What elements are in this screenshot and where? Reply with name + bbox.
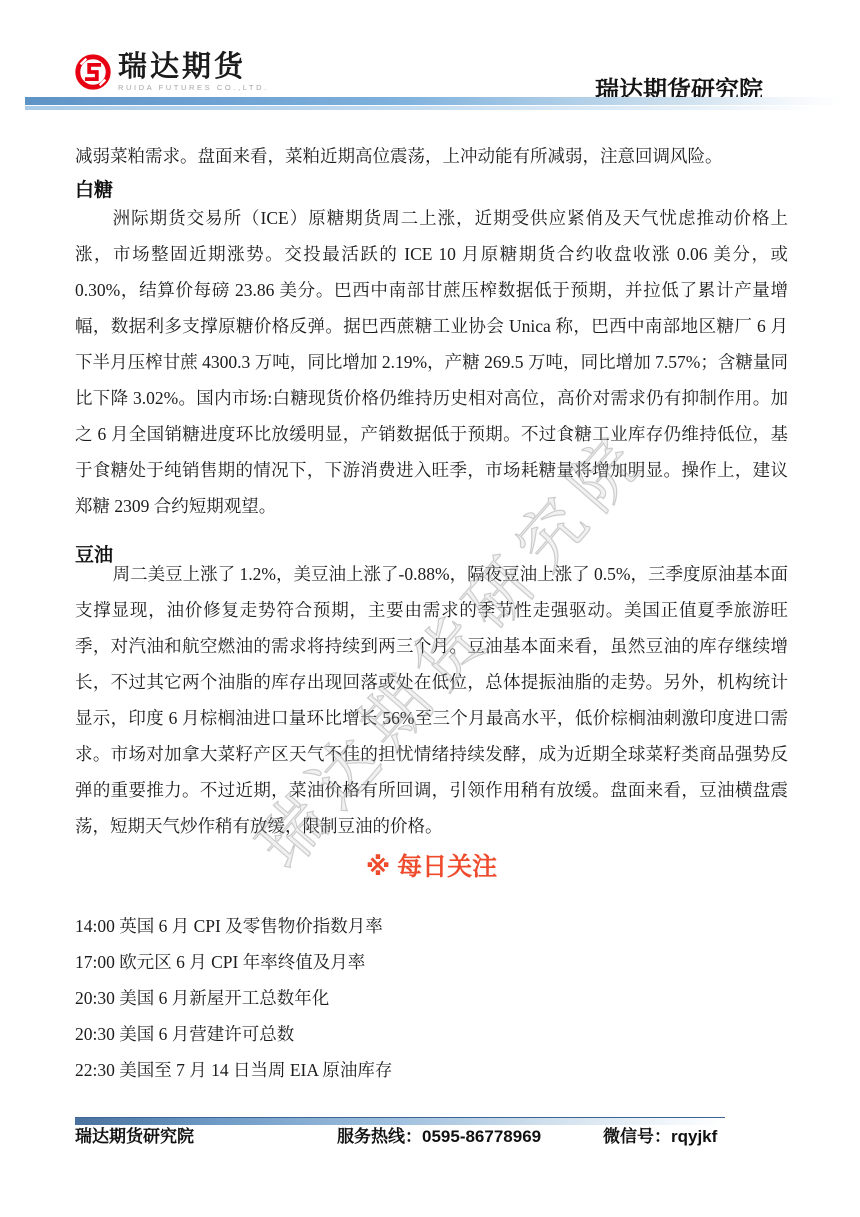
daily-focus-item: 14:00 英国 6 月 CPI 及零售物价指数月率 [75,908,788,944]
daily-focus-item: 20:30 美国 6 月营建许可总数 [75,1016,788,1052]
footer-institute: 瑞达期货研究院 [75,1124,194,1150]
brand-logo: 瑞达期货 RUIDA FUTURES CO.,LTD. [74,52,269,92]
footer: 瑞达期货研究院 服务热线：0595-86778969 微信号：rqyjkf [75,1124,788,1150]
footer-hotline-number: 0595-86778969 [422,1127,541,1146]
ruida-swirl-ring-icon [74,53,112,91]
intro-paragraph: 减弱菜粕需求。盘面来看，菜粕近期高位震荡，上冲动能有所减弱，注意回调风险。 [75,138,788,174]
report-page: 瑞达期货 RUIDA FUTURES CO.,LTD. 瑞达期货研究院 减弱菜粕… [0,0,860,1217]
daily-focus-item: 22:30 美国至 7 月 14 日当周 EIA 原油库存 [75,1052,788,1088]
daily-focus-list: 14:00 英国 6 月 CPI 及零售物价指数月率 17:00 欧元区 6 月… [75,908,788,1088]
daily-focus-item: 17:00 欧元区 6 月 CPI 年率终值及月率 [75,944,788,980]
daily-focus-item: 20:30 美国 6 月新屋开工总数年化 [75,980,788,1016]
brand-name: 瑞达期货 [118,52,269,82]
footer-wechat-label: 微信号： [603,1127,671,1146]
section-paragraph-sugar: 洲际期货交易所（ICE）原糖期货周二上涨，近期受供应紧俏及天气忧虑推动价格上涨，… [75,200,788,524]
footer-hotline: 服务热线：0595-86778969 [337,1124,541,1150]
daily-focus-title: ※ 每日关注 [75,850,788,884]
section-paragraph-soyoil: 周二美豆上涨了 1.2%，美豆油上涨了-0.88%，隔夜豆油上涨了 0.5%，三… [75,556,788,844]
footer-wechat-id: rqyjkf [671,1127,717,1146]
brand-text: 瑞达期货 RUIDA FUTURES CO.,LTD. [118,52,269,92]
footer-hotline-label: 服务热线： [337,1127,422,1146]
brand-name-en: RUIDA FUTURES CO.,LTD. [118,83,269,92]
header-divider [25,97,843,110]
footer-wechat: 微信号：rqyjkf [603,1124,717,1150]
